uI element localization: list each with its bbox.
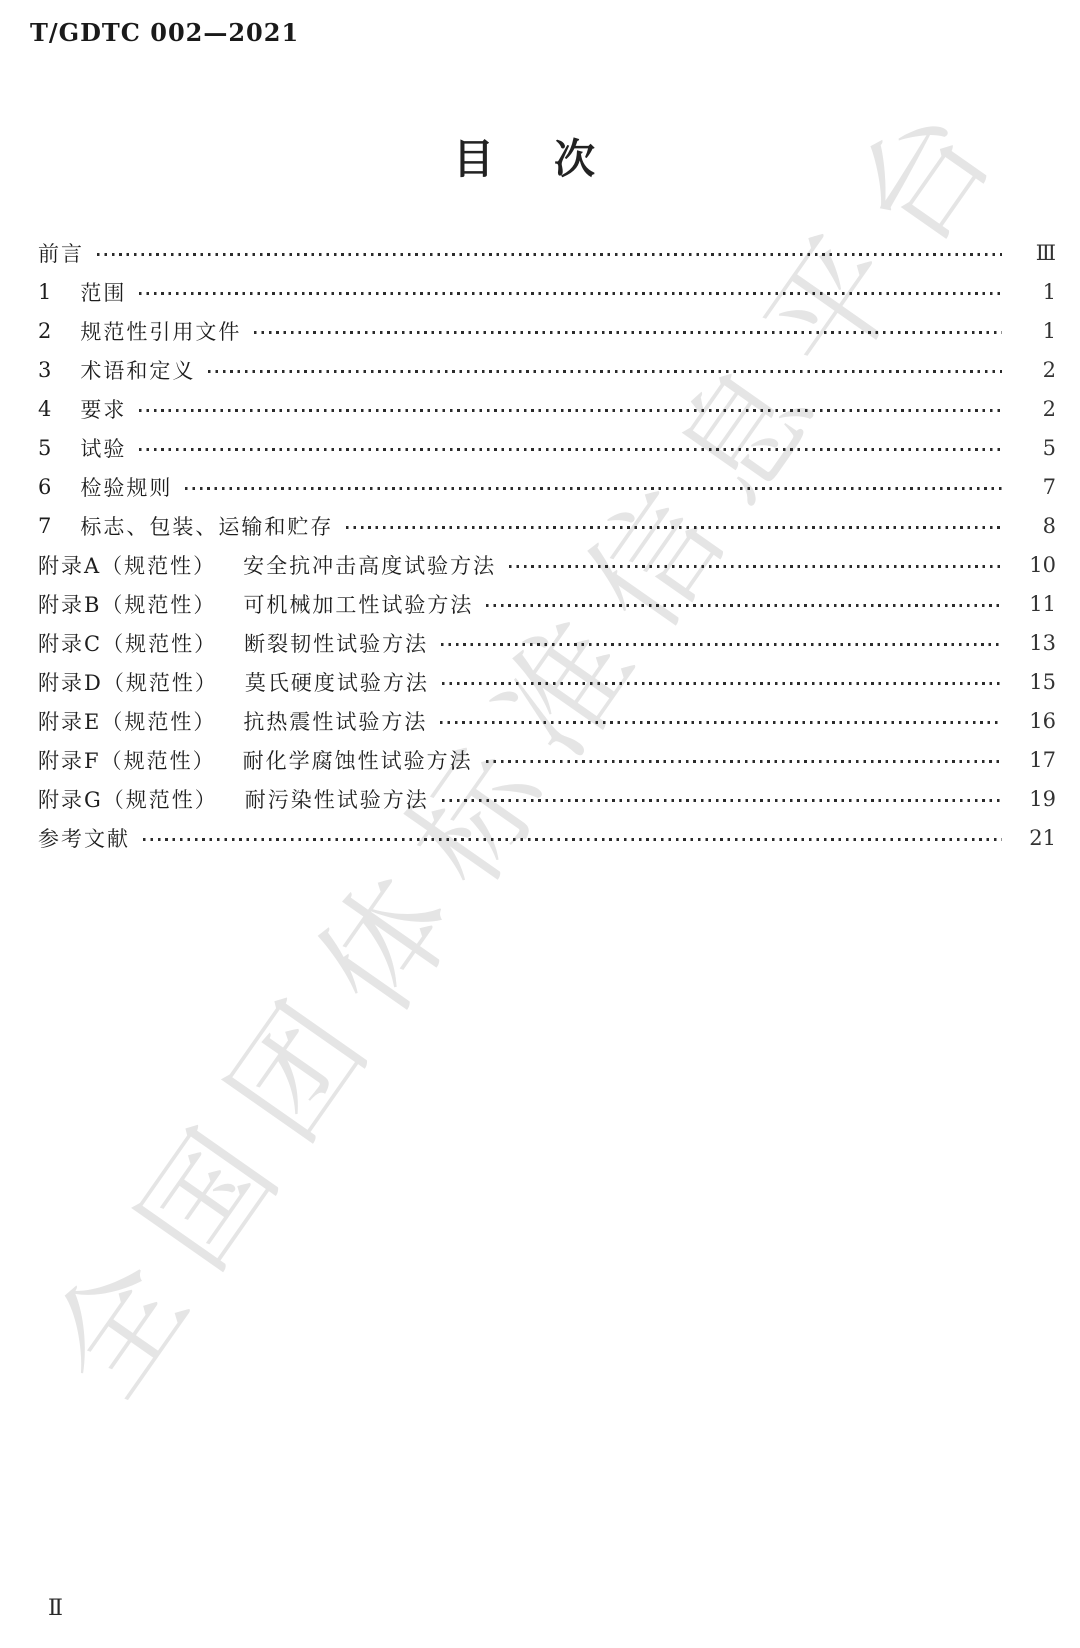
toc-entry-page: 7 — [1012, 475, 1056, 499]
dot-leader — [509, 565, 1002, 568]
toc-entry-page: 21 — [1012, 826, 1056, 850]
dot-leader — [97, 253, 1002, 256]
dot-leader — [254, 331, 1002, 334]
toc-entry-page: 15 — [1012, 670, 1056, 694]
toc-entry-title: 试验 — [80, 433, 126, 463]
dot-leader — [442, 799, 1002, 802]
footer-page-number: Ⅱ — [48, 1596, 63, 1621]
table-of-contents: 前言 Ⅲ 1 范围 1 2 规范性引用文件 1 3 术语和定义 2 4 要求 2… — [38, 233, 1056, 857]
dot-leader — [139, 409, 1002, 412]
toc-entry-page: 8 — [1012, 514, 1056, 538]
toc-entry-number: 附录A（规范性） — [38, 550, 216, 580]
dot-leader — [139, 292, 1002, 295]
toc-row: 附录G（规范性） 耐污染性试验方法 19 — [38, 779, 1056, 818]
toc-entry-title: 断裂韧性试验方法 — [244, 628, 428, 658]
toc-row: 7 标志、包装、运输和贮存 8 — [38, 506, 1056, 545]
toc-row: 2 规范性引用文件 1 — [38, 311, 1056, 350]
toc-entry-page: Ⅲ — [1012, 241, 1056, 265]
toc-entry-title: 耐污染性试验方法 — [245, 784, 429, 814]
toc-entry-title: 检验规则 — [80, 472, 172, 502]
toc-row: 5 试验 5 — [38, 428, 1056, 467]
dot-leader — [346, 526, 1002, 529]
dot-leader — [486, 604, 1002, 607]
toc-entry-page: 13 — [1012, 631, 1056, 655]
dot-leader — [139, 448, 1002, 451]
dot-leader — [185, 487, 1002, 490]
toc-heading-char-left: 目 — [453, 126, 494, 185]
toc-entry-page: 19 — [1012, 787, 1056, 811]
toc-entry-page: 2 — [1012, 397, 1056, 421]
toc-row: 6 检验规则 7 — [38, 467, 1056, 506]
toc-entry-title: 术语和定义 — [80, 355, 195, 385]
toc-entry-title: 前言 — [38, 238, 84, 268]
toc-entry-page: 17 — [1012, 748, 1056, 772]
toc-entry-number: 附录C（规范性） — [38, 628, 217, 658]
dot-leader — [441, 643, 1002, 646]
toc-entry-page: 10 — [1012, 553, 1056, 577]
toc-entry-title: 莫氏硬度试验方法 — [245, 667, 429, 697]
toc-entry-number: 2 — [38, 319, 53, 343]
toc-entry-title: 规范性引用文件 — [80, 316, 241, 346]
toc-entry-number: 4 — [38, 397, 53, 421]
toc-entry-number: 5 — [38, 436, 53, 460]
toc-entry-title: 要求 — [80, 394, 126, 424]
toc-entry-title: 安全抗冲击高度试验方法 — [243, 550, 496, 580]
dot-leader — [486, 760, 1002, 763]
toc-entry-number: 1 — [38, 280, 53, 304]
toc-entry-page: 2 — [1012, 358, 1056, 382]
toc-entry-title: 耐化学腐蚀性试验方法 — [243, 745, 473, 775]
toc-row: 附录D（规范性） 莫氏硬度试验方法 15 — [38, 662, 1056, 701]
toc-row: 4 要求 2 — [38, 389, 1056, 428]
toc-entry-page: 11 — [1012, 592, 1056, 616]
toc-entry-number: 附录B（规范性） — [38, 589, 216, 619]
toc-entry-number: 3 — [38, 358, 53, 382]
toc-entry-page: 1 — [1012, 280, 1056, 304]
toc-entry-number: 7 — [38, 514, 53, 538]
toc-entry-page: 5 — [1012, 436, 1056, 460]
toc-heading-char-right: 次 — [554, 126, 595, 185]
page-content: T/GDTC 002—2021 目 次 前言 Ⅲ 1 范围 1 2 规范性引用文… — [0, 0, 1080, 1648]
toc-entry-page: 16 — [1012, 709, 1056, 733]
dot-leader — [440, 721, 1002, 724]
toc-entry-number: 附录F（规范性） — [38, 745, 216, 775]
standard-number: T/GDTC 002—2021 — [30, 18, 299, 47]
toc-row: 附录B（规范性） 可机械加工性试验方法 11 — [38, 584, 1056, 623]
toc-heading: 目 次 — [0, 126, 1048, 185]
toc-entry-title: 标志、包装、运输和贮存 — [80, 511, 333, 541]
dot-leader — [208, 370, 1002, 373]
toc-entry-number: 附录E（规范性） — [38, 706, 216, 736]
toc-row: 附录A（规范性） 安全抗冲击高度试验方法 10 — [38, 545, 1056, 584]
toc-row: 1 范围 1 — [38, 272, 1056, 311]
toc-entry-title: 参考文献 — [38, 823, 130, 853]
toc-row: 附录F（规范性） 耐化学腐蚀性试验方法 17 — [38, 740, 1056, 779]
toc-entry-title: 抗热震性试验方法 — [243, 706, 427, 736]
toc-row: 参考文献 21 — [38, 818, 1056, 857]
toc-row: 附录E（规范性） 抗热震性试验方法 16 — [38, 701, 1056, 740]
toc-entry-page: 1 — [1012, 319, 1056, 343]
dot-leader — [143, 838, 1002, 841]
toc-entry-number: 6 — [38, 475, 53, 499]
toc-entry-number: 附录D（规范性） — [38, 667, 218, 697]
toc-row: 附录C（规范性） 断裂韧性试验方法 13 — [38, 623, 1056, 662]
document-page: { "page": { "doc_code": "T/GDTC 002—2021… — [0, 0, 1080, 1648]
toc-entry-title: 可机械加工性试验方法 — [243, 589, 473, 619]
toc-entry-title: 范围 — [80, 277, 126, 307]
toc-row: 前言 Ⅲ — [38, 233, 1056, 272]
dot-leader — [442, 682, 1002, 685]
toc-entry-number: 附录G（规范性） — [38, 784, 218, 814]
toc-row: 3 术语和定义 2 — [38, 350, 1056, 389]
